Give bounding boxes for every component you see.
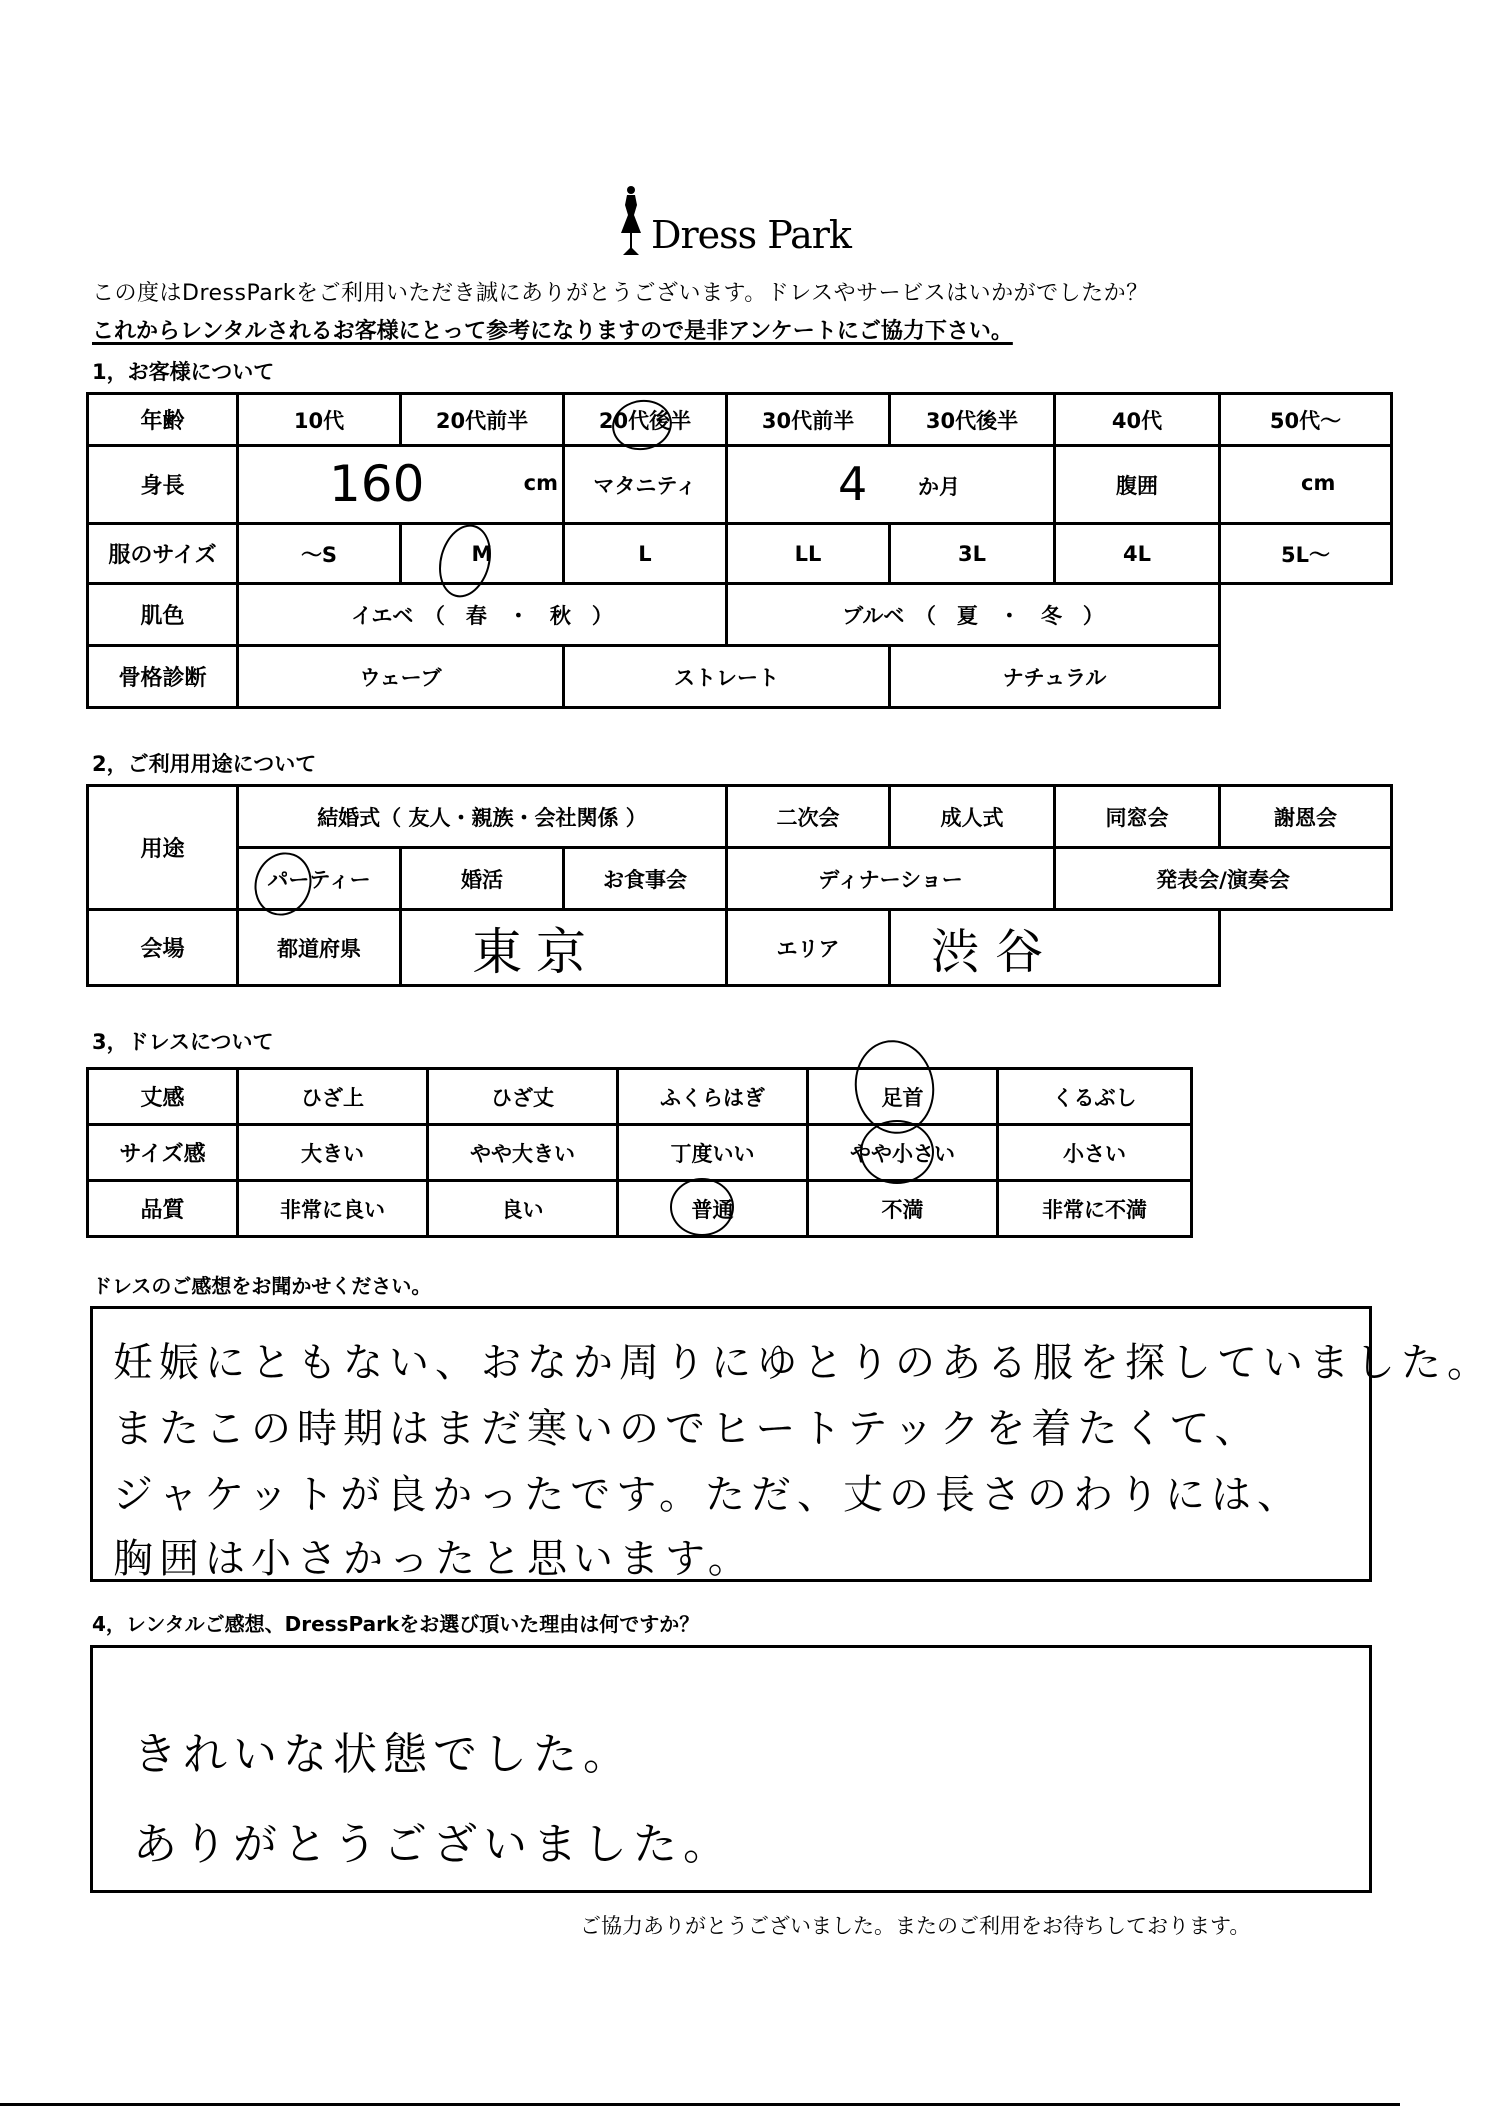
purpose-label: 用途 bbox=[88, 786, 238, 910]
fit-option[interactable]: 丁度いい bbox=[618, 1125, 808, 1181]
length-row: 丈感 ひざ上 ひざ丈 ふくらはぎ 足首 くるぶし bbox=[88, 1069, 1192, 1125]
length-option[interactable]: ひざ丈 bbox=[428, 1069, 618, 1125]
impressions-line: 妊娠にともない、おなか周りにゆとりのある服を探していました。 bbox=[113, 1331, 1493, 1388]
length-option[interactable]: くるぶし bbox=[998, 1069, 1192, 1125]
purpose-option[interactable]: ディナーショー bbox=[727, 848, 1055, 910]
area-value[interactable]: 渋谷 bbox=[890, 910, 1220, 986]
purpose-option[interactable]: 謝恩会 bbox=[1220, 786, 1392, 848]
quality-option[interactable]: 良い bbox=[428, 1181, 618, 1237]
fit-option-selected[interactable]: やや小さい bbox=[808, 1125, 998, 1181]
height-unit: cm bbox=[524, 471, 558, 495]
quality-row: 品質 非常に良い 良い 普通 不満 非常に不満 bbox=[88, 1181, 1192, 1237]
quality-option[interactable]: 非常に良い bbox=[238, 1181, 428, 1237]
footer-thanks: ご協力ありがとうございました。またのご利用をお待ちしております。 bbox=[580, 1910, 1250, 1940]
prefecture-label: 都道府県 bbox=[238, 910, 401, 986]
empty-cell bbox=[1220, 584, 1392, 646]
quality-option[interactable]: 非常に不満 bbox=[998, 1181, 1192, 1237]
belly-field[interactable]: cm bbox=[1220, 446, 1392, 524]
section3-title: 3，ドレスについて bbox=[92, 1026, 274, 1056]
purpose-option[interactable]: 結婚式（ 友人・親族・会社関係 ） bbox=[238, 786, 727, 848]
impressions-prompt: ドレスのご感想をお聞かせください。 bbox=[92, 1270, 431, 1299]
section1-title: 1，お客様について bbox=[92, 356, 274, 386]
body-type-option[interactable]: ストレート bbox=[564, 646, 890, 708]
age-option[interactable]: 20代前半 bbox=[401, 394, 564, 446]
empty-cell bbox=[1220, 646, 1392, 708]
area-label: エリア bbox=[727, 910, 890, 986]
height-label: 身長 bbox=[88, 446, 238, 524]
dress-form-icon bbox=[615, 185, 647, 260]
maternity-field[interactable]: 4 か月 bbox=[727, 446, 1055, 524]
brand-name: Dress Park bbox=[651, 210, 851, 260]
size-option[interactable]: 4L bbox=[1055, 524, 1220, 584]
length-option-selected[interactable]: 足首 bbox=[808, 1069, 998, 1125]
purpose-option[interactable]: お食事会 bbox=[564, 848, 727, 910]
impressions-line: ジャケットが良かったです。ただ、丈の長さのわりには、 bbox=[113, 1463, 1303, 1520]
purpose-option[interactable]: 二次会 bbox=[727, 786, 890, 848]
height-value: 160 bbox=[329, 455, 424, 513]
purpose-row-2: パーティー 婚活 お食事会 ディナーショー 発表会/演奏会 bbox=[88, 848, 1392, 910]
body-type-label: 骨格診断 bbox=[88, 646, 238, 708]
intro-request: これからレンタルされるお客様にとって参考になりますので是非アンケートにご協力下さ… bbox=[92, 314, 1013, 345]
size-label: 服のサイズ bbox=[88, 524, 238, 584]
customer-table: 年齢 10代 20代前半 20代後半 30代前半 30代後半 40代 50代～ … bbox=[86, 392, 1393, 709]
fit-row: サイズ感 大きい やや大きい 丁度いい やや小さい 小さい bbox=[88, 1125, 1192, 1181]
venue-label: 会場 bbox=[88, 910, 238, 986]
size-option[interactable]: L bbox=[564, 524, 727, 584]
impressions-line: またこの時期はまだ寒いのでヒートテックを着たくて、 bbox=[113, 1397, 1261, 1454]
skin-row: 肌色 イエベ （ 春 ・ 秋 ） ブルベ （ 夏 ・ 冬 ） bbox=[88, 584, 1392, 646]
page-bottom-rule bbox=[0, 2103, 1400, 2106]
age-label: 年齢 bbox=[88, 394, 238, 446]
purpose-option[interactable]: 婚活 bbox=[401, 848, 564, 910]
purpose-option[interactable]: 同窓会 bbox=[1055, 786, 1220, 848]
fit-option[interactable]: やや大きい bbox=[428, 1125, 618, 1181]
length-option[interactable]: ひざ上 bbox=[238, 1069, 428, 1125]
venue-row: 会場 都道府県 東京 エリア 渋谷 bbox=[88, 910, 1392, 986]
height-row: 身長 160 cm マタニティ 4 か月 腹囲 cm bbox=[88, 446, 1392, 524]
impressions-box[interactable]: 妊娠にともない、おなか周りにゆとりのある服を探していました。 またこの時期はまだ… bbox=[90, 1306, 1372, 1582]
maternity-unit: か月 bbox=[918, 471, 960, 501]
skin-option-blue[interactable]: ブルベ （ 夏 ・ 冬 ） bbox=[727, 584, 1220, 646]
body-type-option[interactable]: ウェーブ bbox=[238, 646, 564, 708]
purpose-table: 用途 結婚式（ 友人・親族・会社関係 ） 二次会 成人式 同窓会 謝恩会 パーテ… bbox=[86, 784, 1393, 987]
size-row: 服のサイズ ～S M L LL 3L 4L 5L～ bbox=[88, 524, 1392, 584]
reason-line: ありがとうございました。 bbox=[133, 1808, 733, 1872]
purpose-row-1: 用途 結婚式（ 友人・親族・会社関係 ） 二次会 成人式 同窓会 謝恩会 bbox=[88, 786, 1392, 848]
quality-label: 品質 bbox=[88, 1181, 238, 1237]
size-option[interactable]: 3L bbox=[890, 524, 1055, 584]
brand-logo: Dress Park bbox=[615, 185, 851, 260]
prefecture-value[interactable]: 東京 bbox=[401, 910, 727, 986]
size-option[interactable]: ～S bbox=[238, 524, 401, 584]
age-row: 年齢 10代 20代前半 20代後半 30代前半 30代後半 40代 50代～ bbox=[88, 394, 1392, 446]
age-option[interactable]: 30代後半 bbox=[890, 394, 1055, 446]
skin-option-yellow[interactable]: イエベ （ 春 ・ 秋 ） bbox=[238, 584, 727, 646]
age-option[interactable]: 30代前半 bbox=[727, 394, 890, 446]
quality-option[interactable]: 不満 bbox=[808, 1181, 998, 1237]
body-type-row: 骨格診断 ウェーブ ストレート ナチュラル bbox=[88, 646, 1392, 708]
impressions-line: 胸囲は小さかったと思います。 bbox=[113, 1527, 754, 1584]
section4-title: 4，レンタルご感想、DressParkをお選び頂いた理由は何ですか？ bbox=[92, 1608, 699, 1637]
age-option[interactable]: 40代 bbox=[1055, 394, 1220, 446]
size-option-selected[interactable]: M bbox=[401, 524, 564, 584]
belly-unit: cm bbox=[1301, 471, 1335, 495]
body-type-option[interactable]: ナチュラル bbox=[890, 646, 1220, 708]
purpose-option[interactable]: 発表会/演奏会 bbox=[1055, 848, 1392, 910]
purpose-option-selected[interactable]: パーティー bbox=[238, 848, 401, 910]
size-option[interactable]: 5L～ bbox=[1220, 524, 1392, 584]
purpose-option[interactable]: 成人式 bbox=[890, 786, 1055, 848]
length-label: 丈感 bbox=[88, 1069, 238, 1125]
size-option[interactable]: LL bbox=[727, 524, 890, 584]
reason-box[interactable]: きれいな状態でした。 ありがとうございました。 bbox=[90, 1645, 1372, 1893]
fit-option[interactable]: 大きい bbox=[238, 1125, 428, 1181]
empty-cell bbox=[1220, 910, 1392, 986]
intro-text: この度はDressParkをご利用いただき誠にありがとうございます。ドレスやサー… bbox=[92, 276, 1149, 307]
quality-option-selected[interactable]: 普通 bbox=[618, 1181, 808, 1237]
reason-line: きれいな状態でした。 bbox=[133, 1718, 633, 1782]
section2-title: 2，ご利用用途について bbox=[92, 748, 316, 778]
age-option[interactable]: 10代 bbox=[238, 394, 401, 446]
age-option[interactable]: 50代～ bbox=[1220, 394, 1392, 446]
belly-label: 腹囲 bbox=[1055, 446, 1220, 524]
age-option-selected[interactable]: 20代後半 bbox=[564, 394, 727, 446]
dress-table: 丈感 ひざ上 ひざ丈 ふくらはぎ 足首 くるぶし サイズ感 大きい やや大きい … bbox=[86, 1067, 1193, 1238]
maternity-value: 4 bbox=[838, 457, 867, 511]
skin-label: 肌色 bbox=[88, 584, 238, 646]
length-option[interactable]: ふくらはぎ bbox=[618, 1069, 808, 1125]
fit-label: サイズ感 bbox=[88, 1125, 238, 1181]
fit-option[interactable]: 小さい bbox=[998, 1125, 1192, 1181]
height-field[interactable]: 160 cm bbox=[238, 446, 564, 524]
maternity-label: マタニティ bbox=[564, 446, 727, 524]
